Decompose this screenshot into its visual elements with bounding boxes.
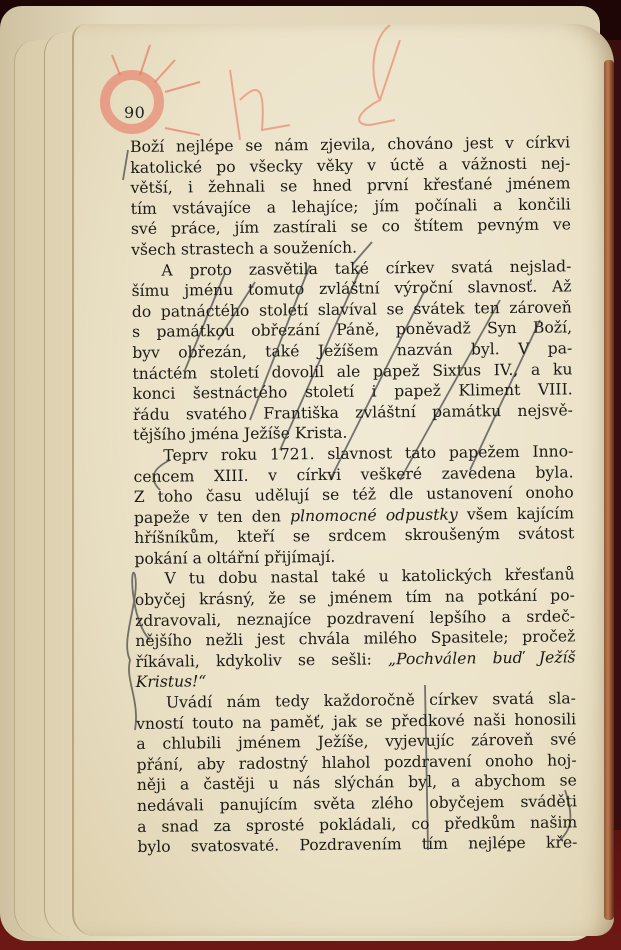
page-number: 90	[124, 103, 145, 122]
red-sun-drawing-icon	[100, 70, 164, 134]
italic-text: „Pochválen buď Ježíš	[388, 648, 576, 668]
italic-text: Kristus!“	[136, 673, 207, 692]
italic-text: plnomocné odpustky	[290, 505, 458, 525]
page-body-text: Boží nejlépe se nám zjevila, chováno jes…	[130, 132, 578, 857]
page-gilded-edge	[604, 60, 614, 920]
